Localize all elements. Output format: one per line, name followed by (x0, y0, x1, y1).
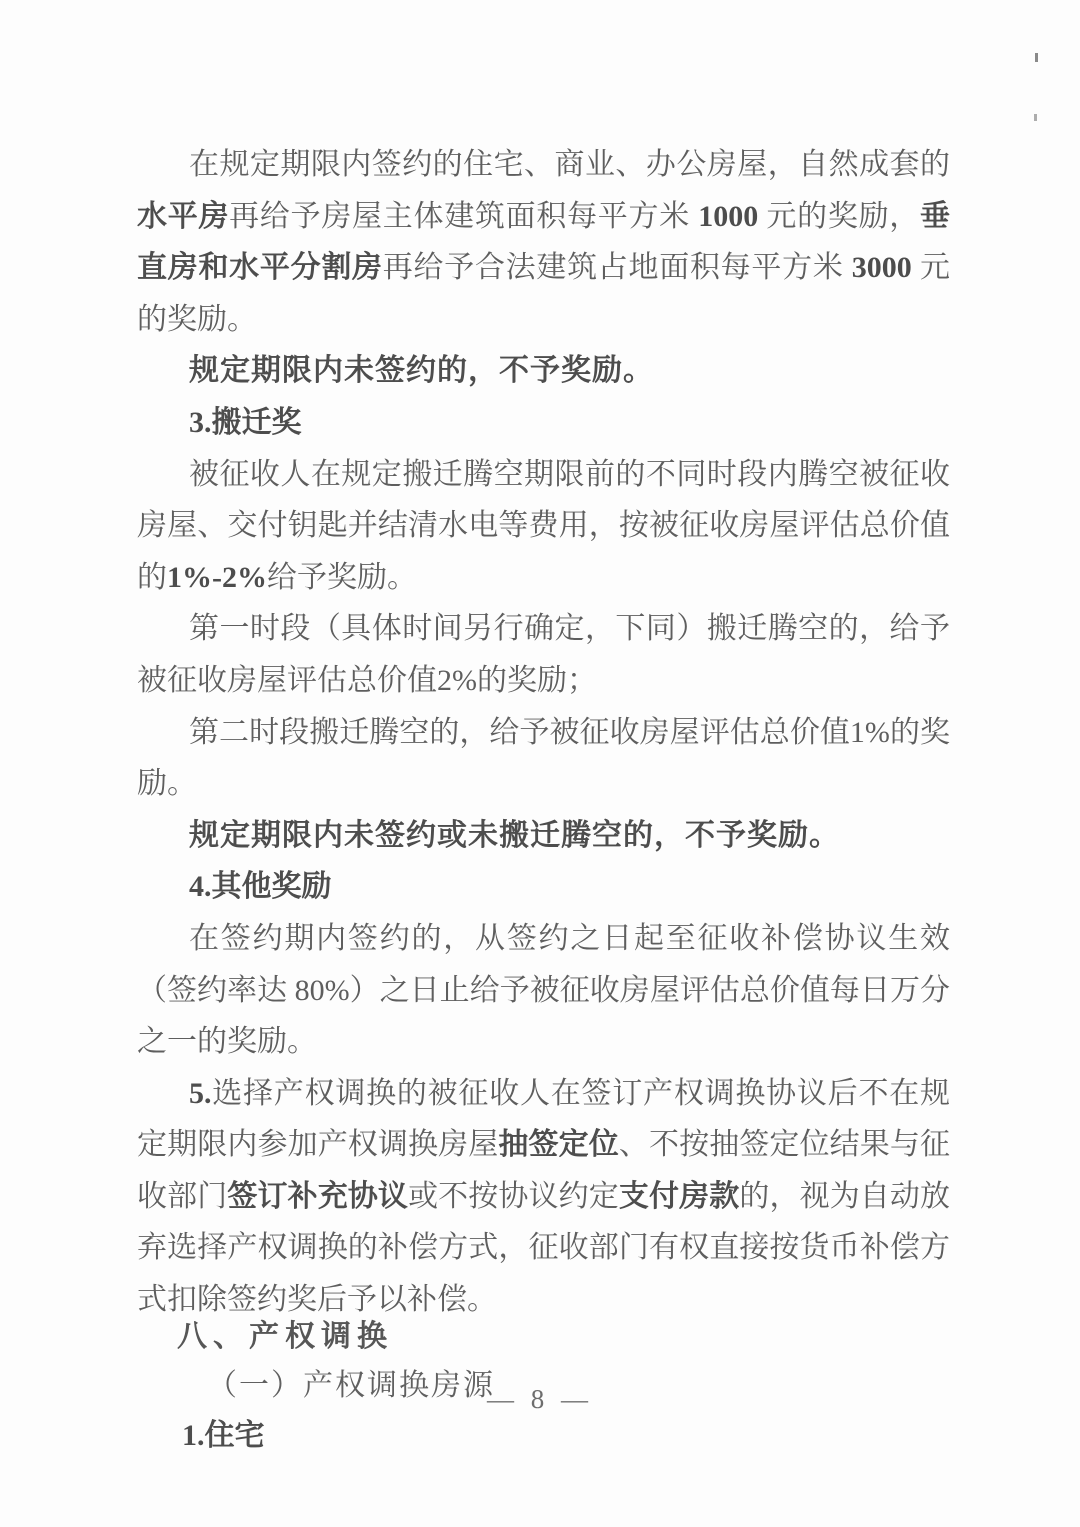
bold-run: 1000 (698, 200, 758, 233)
page-number: — 8 — (0, 1384, 1080, 1415)
text-run: 给予奖励。 (267, 561, 417, 594)
text-run: 在规定期限内签约的住宅、商业、办公房屋，自然成套的 (189, 148, 950, 181)
paragraph-first-period-reward: 第一时段（具体时间另行确定，下同）搬迁腾空的，给予被征收房屋评估总价值2%的奖励… (137, 603, 950, 706)
bold-run: 抽签定位 (498, 1128, 618, 1161)
heading-other-rewards: 4.其他奖励 (137, 861, 950, 913)
text-run: 再给予房屋主体建筑面积每平方米 (229, 200, 698, 233)
paragraph-relocation-reward-detail: 被征收人在规定搬迁腾空期限前的不同时段内腾空被征收房屋、交付钥匙并结清水电等费用… (137, 449, 950, 604)
bold-run: 签订补充协议 (227, 1180, 408, 1213)
text-run: 元的奖励， (758, 200, 920, 233)
heading-relocation-reward: 3.搬迁奖 (137, 397, 950, 449)
scan-artifact-top (1035, 53, 1038, 62)
bold-run: 支付房款 (619, 1180, 739, 1213)
paragraph-other-rewards-detail: 在签约期内签约的，从签约之日起至征收补偿协议生效（签约率达 80%）之日止给予被… (137, 913, 950, 1068)
paragraph-property-swap-forfeit: 5.选择产权调换的被征收人在签订产权调换协议后不在规定期限内参加产权调换房屋抽签… (137, 1068, 950, 1326)
bold-run: 3000 (852, 251, 912, 284)
document-page: 在规定期限内签约的住宅、商业、办公房屋，自然成套的水平房再给予房屋主体建筑面积每… (0, 0, 1080, 1527)
text-run: 或不按协议约定 (408, 1180, 619, 1213)
text-run: 再给予合法建筑占地面积每平方米 (383, 251, 852, 284)
bold-run: 水平房 (137, 200, 229, 233)
paragraph-signing-reward-rates: 在规定期限内签约的住宅、商业、办公房屋，自然成套的水平房再给予房屋主体建筑面积每… (137, 139, 950, 345)
document-body: 在规定期限内签约的住宅、商业、办公房屋，自然成套的水平房再给予房屋主体建筑面积每… (137, 139, 950, 1460)
bold-run: 5. (189, 1077, 212, 1110)
heading-residential: 1.住宅 (137, 1411, 950, 1461)
paragraph-second-period-reward: 第二时段搬迁腾空的，给予被征收房屋评估总价值1%的奖励。 (137, 707, 950, 810)
scan-artifact-mid (1034, 114, 1037, 121)
bold-run: 1%-2% (167, 561, 267, 594)
heading-section-eight-property-exchange: 八、产权调换 (137, 1312, 950, 1362)
paragraph-no-relocation-no-reward: 规定期限内未签约或未搬迁腾空的，不予奖励。 (137, 810, 950, 862)
paragraph-no-signing-no-reward: 规定期限内未签约的，不予奖励。 (137, 345, 950, 397)
